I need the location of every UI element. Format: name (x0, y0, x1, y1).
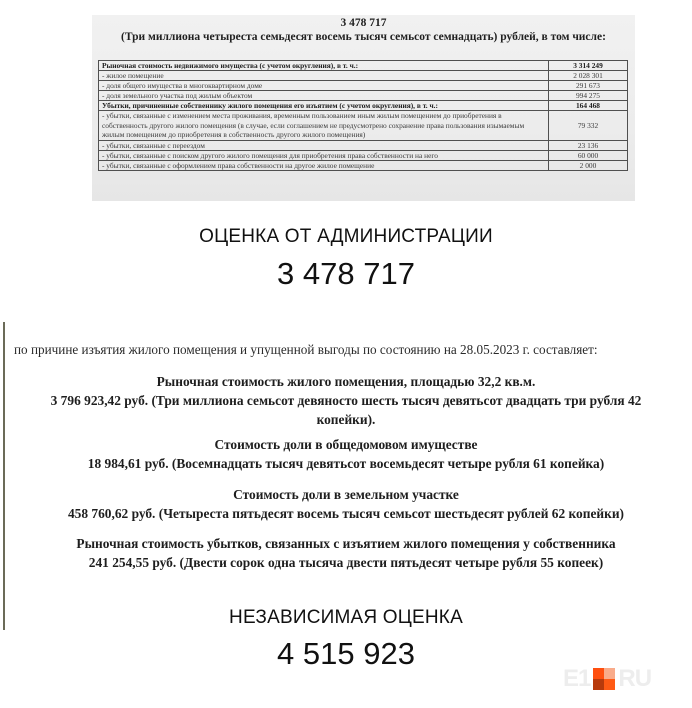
row-value: 2 028 301 (549, 71, 628, 81)
row-label: - убытки, связанные с оформлением права … (99, 160, 549, 170)
independent-estimate-label: НЕЗАВИСИМАЯ ОЦЕНКА (0, 607, 692, 629)
total-amount: 3 478 717 (92, 17, 635, 29)
valuation-intro: по причине изъятия жилого помещения и уп… (14, 342, 598, 358)
block-title: Рыночная стоимость жилого помещения, пло… (20, 372, 672, 391)
block-title: Рыночная стоимость убытков, связанных с … (20, 534, 672, 553)
table-row: - убытки, связанные с поиском другого жи… (99, 150, 628, 160)
row-label: Рыночная стоимость недвижимого имущества… (99, 61, 549, 71)
table-row: Убытки, причиненные собственнику жилого … (99, 101, 628, 111)
row-value: 23 136 (549, 140, 628, 150)
admin-estimate-label: ОЦЕНКА ОТ АДМИНИСТРАЦИИ (0, 226, 692, 248)
table-row: - убытки, связанные с переездом23 136 (99, 140, 628, 150)
block-common-property-share: Стоимость доли в общедомовом имуществе 1… (20, 435, 672, 473)
block-losses: Рыночная стоимость убытков, связанных с … (20, 534, 672, 572)
row-value: 60 000 (549, 150, 628, 160)
table-row: - доля общего имущества в многоквартирно… (99, 81, 628, 91)
logo-squares-icon (593, 668, 615, 690)
table-row: - убытки, связанные с изменением места п… (99, 111, 628, 141)
row-value: 3 314 249 (549, 61, 628, 71)
row-value: 291 673 (549, 81, 628, 91)
row-label: - убытки, связанные с поиском другого жи… (99, 150, 549, 160)
total-amount-words: (Три миллиона четыреста семьдесят восемь… (110, 31, 617, 44)
block-amount: 3 796 923,42 руб. (Три миллиона семьсот … (20, 391, 672, 429)
table-row: - убытки, связанные с оформлением права … (99, 160, 628, 170)
logo-text-right: RU (618, 665, 651, 693)
table-row: - доля земельного участка под жилым объе… (99, 91, 628, 101)
row-label: - убытки, связанные с изменением места п… (99, 111, 549, 141)
e1-logo: E1 RU (563, 664, 651, 694)
block-title: Стоимость доли в общедомовом имуществе (20, 435, 672, 454)
row-value: 79 332 (549, 111, 628, 141)
row-value: 164 468 (549, 101, 628, 111)
row-value: 2 000 (549, 160, 628, 170)
page-edge-line (3, 322, 5, 630)
block-amount: 241 254,55 руб. (Двести сорок одна тысяч… (20, 553, 672, 572)
block-title: Стоимость доли в земельном участке (20, 485, 672, 504)
admin-estimate-value: 3 478 717 (0, 256, 692, 292)
block-apartment-value: Рыночная стоимость жилого помещения, пло… (20, 372, 672, 429)
block-land-share: Стоимость доли в земельном участке 458 7… (20, 485, 672, 523)
valuation-table: Рыночная стоимость недвижимого имущества… (98, 60, 628, 171)
administration-valuation-scan: 3 478 717 (Три миллиона четыреста семьде… (92, 15, 635, 201)
row-value: 994 275 (549, 91, 628, 101)
table-row: - жилое помещение2 028 301 (99, 71, 628, 81)
row-label: - доля общего имущества в многоквартирно… (99, 81, 549, 91)
row-label: - доля земельного участка под жилым объе… (99, 91, 549, 101)
block-amount: 458 760,62 руб. (Четыреста пятьдесят вос… (20, 504, 672, 523)
logo-text-left: E1 (563, 665, 590, 693)
row-label: Убытки, причиненные собственнику жилого … (99, 101, 549, 111)
table-row: Рыночная стоимость недвижимого имущества… (99, 61, 628, 71)
independent-valuation-scan: по причине изъятия жилого помещения и уп… (0, 322, 692, 632)
block-amount: 18 984,61 руб. (Восемнадцать тысяч девят… (20, 454, 672, 473)
row-label: - жилое помещение (99, 71, 549, 81)
row-label: - убытки, связанные с переездом (99, 140, 549, 150)
